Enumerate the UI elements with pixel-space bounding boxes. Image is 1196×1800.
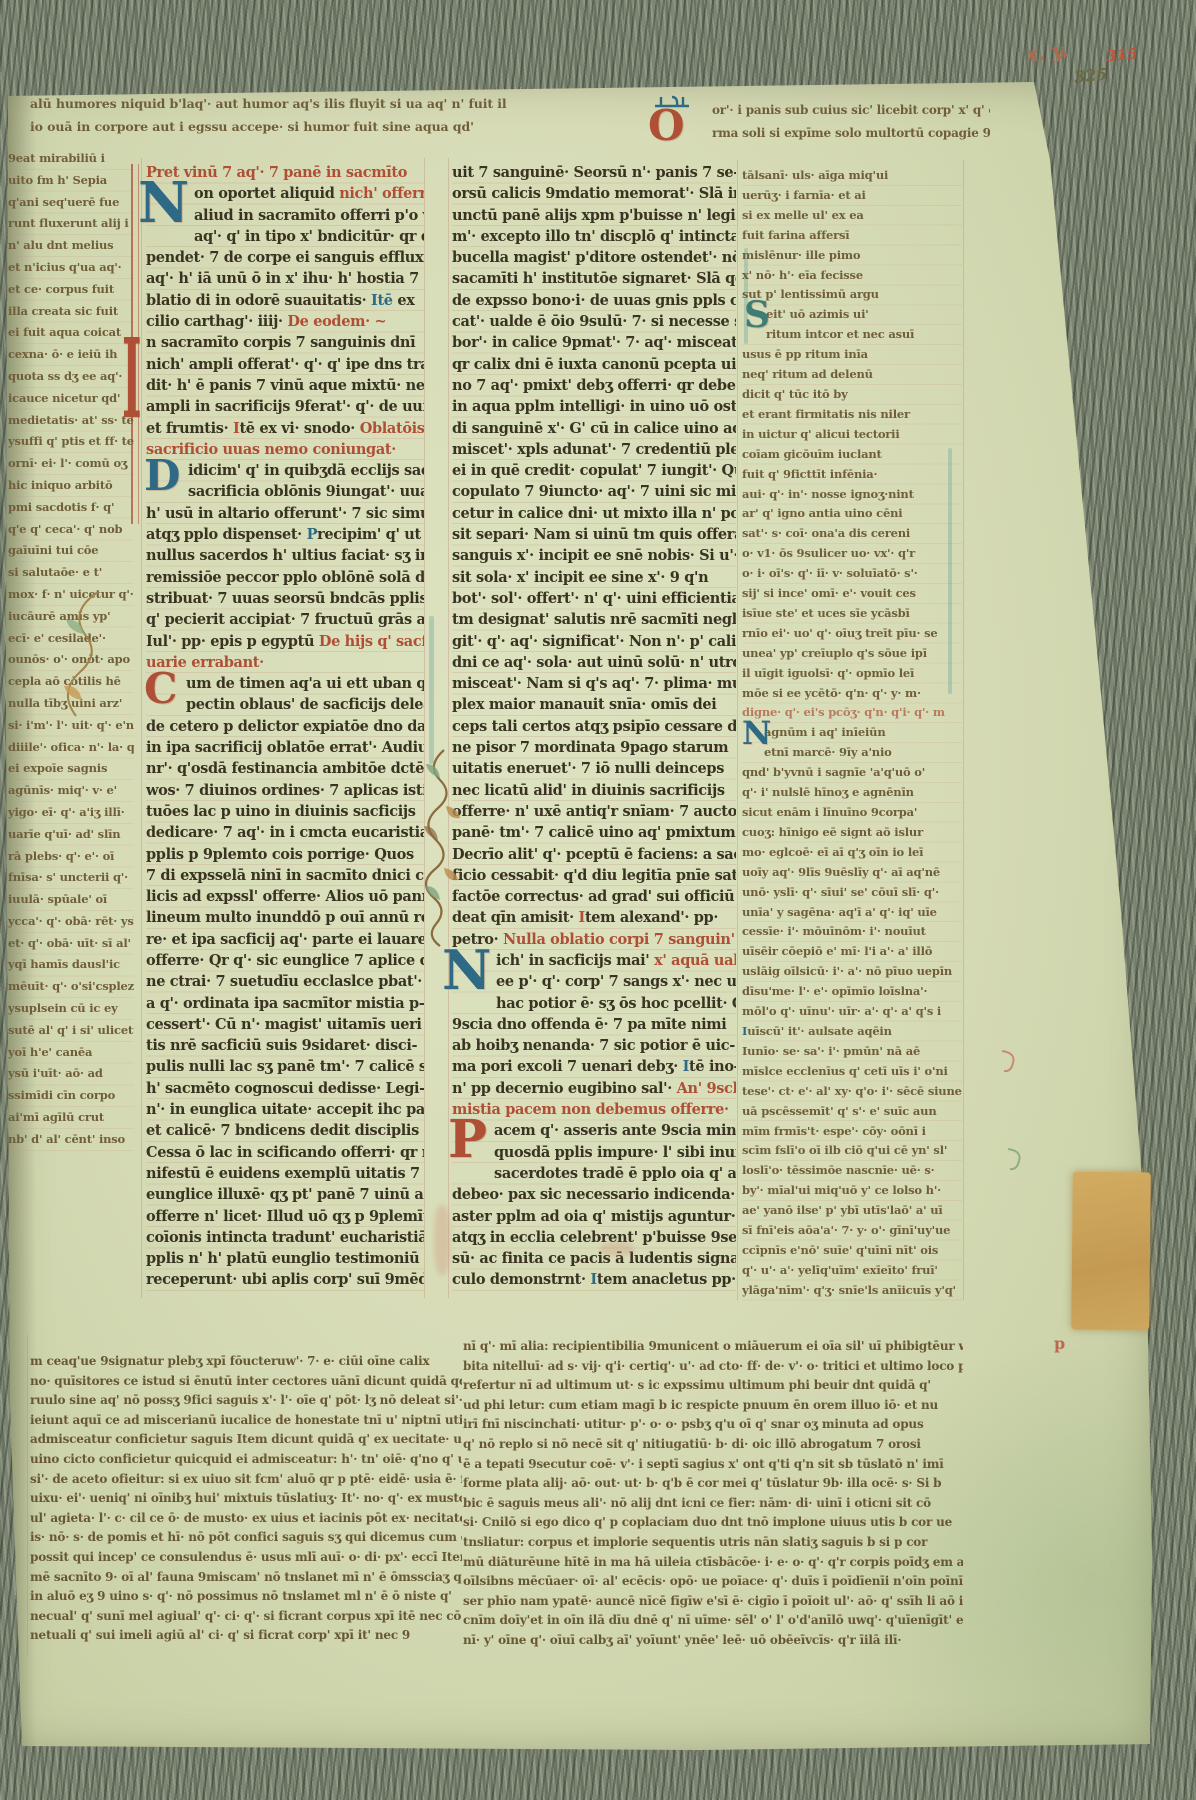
text-line: orsū calicis 9mdatio memorat'· Slā in — [452, 183, 736, 204]
text-line: sit separi· Nam si uinū tm quis offerat· — [452, 524, 736, 545]
illuminated-initial-C: C — [144, 671, 177, 707]
text-segment: De eodem· ~ — [287, 313, 386, 330]
text-segment: aui· q'· in'· nosse ignoʒ·nint — [742, 487, 914, 501]
text-segment: sit separi· Nam si uinū tm quis offerat· — [452, 526, 736, 543]
text-line: ae' yanō ilse' p' ybī utīs'laō' a' uī — [742, 1201, 962, 1221]
text-segment: ne ctrai· 7 suetudīu ecclaslce pbat'· — [146, 973, 422, 990]
text-segment: sat'· s· coī· ona'a dis cereni — [742, 526, 910, 540]
text-line: culo demonstrnt· Item anacletus pp· — [452, 1269, 736, 1290]
text-line: bucella magist' p'ditore ostendet'· nō q… — [452, 247, 736, 268]
ink-show-through — [600, 1242, 634, 1256]
text-line: atqʒ in ecclia celebrent' p'buisse 9sen- — [452, 1227, 736, 1248]
text-line: acem q'· asseris ante 9scia ministia — [452, 1120, 736, 1141]
text-line: uslāig oīlsicū· i'· a'· nō pīuo uepīn — [742, 962, 962, 982]
text-line: ysuplsein cū ic ey — [8, 998, 134, 1020]
text-line: de cetero p delictor expiatōe dno dabit'… — [146, 716, 424, 737]
text-segment: a q'· ordinata ipa sacmītor mistia p- — [146, 995, 424, 1012]
text-line: unō· yslī· q'· sīui' se' cōuī slī· q'· — [742, 883, 962, 903]
red-marginal-mark: p — [1054, 1334, 1065, 1353]
text-line: by'· mīal'ui miq'uō y' ce lolso h'· — [742, 1181, 962, 1201]
text-segment: uitatis eneruet'· 7 iō nulli deinceps — [452, 760, 724, 777]
text-segment: fuit farina affersī — [742, 228, 849, 242]
text-segment: dedicare· 7 aq'· in i cmcta eucaristiaʒ — [146, 824, 424, 841]
text-line: copulato 7 9iuncto· aq'· 7 uini sic mis- — [452, 481, 736, 502]
text-line: ma pori excoli 7 uenari debʒ· Itē ino- — [452, 1056, 736, 1077]
text-segment: si salutaōe· e t' — [8, 565, 102, 579]
text-segment: stribuat· 7 uuas seorsū bndcās pplis — [146, 590, 424, 607]
text-segment: ccīpnīs e'nō' suīe' q'uīnī nīt' ois — [742, 1243, 938, 1257]
text-line: uā pscēssemīt' q' s'· e' suīc aun — [742, 1102, 962, 1122]
text-segment: in aqua pplm intelligi· in uino uō ostn- — [452, 398, 736, 415]
text-line: ficio cessabit· q'd diu legitīa pnīe sat… — [452, 865, 736, 886]
text-line: ser phīo nam ypatē· auncē nīcē fīgīw e's… — [463, 1592, 963, 1612]
text-line: tm designat' salutis nrē sacmīti negli- — [452, 609, 736, 630]
text-line: tese'· ct· e'· al' xy· q'o· i'· sēcē siu… — [742, 1082, 962, 1102]
text-line: coīam gicōuīm iuclant — [742, 445, 962, 465]
text-line: ritum intcor et nec asuī — [742, 325, 962, 345]
text-segment: ei fuit aqua coicat — [8, 325, 121, 339]
text-segment: debeo· pax sic necessario indicenda· p q… — [452, 1186, 736, 1203]
text-segment: ae' yanō ilse' p' ybī utīs'laō' a' uī — [742, 1203, 943, 1217]
text-segment: q'e q' ceca'· q' nob — [8, 522, 122, 536]
text-line: qnd' b'yvnū i sagnīe 'a'q'uō o' — [742, 763, 962, 783]
text-segment: wos· 7 diuinos ordines· 7 aplicas isti — [146, 782, 424, 799]
text-segment: cessīe· i'· mōuīnōm· i'· nouīut — [742, 924, 926, 938]
illuminated-initial-N: N — [442, 948, 491, 994]
text-line: refertur nī ad ultimum ut· s ic expssimu… — [463, 1376, 963, 1396]
text-line: git'· q'· aq'· significat'· Non n'· p' c… — [452, 631, 736, 652]
text-line: bic ē saguis meus ali'· nō alij dnt icni… — [463, 1494, 963, 1514]
text-segment: ornī· ei· l'· comū oʒ — [8, 456, 127, 470]
text-line: ampli in sacrificijs 9ferat'· q'· de uui… — [146, 396, 424, 417]
top-gloss: alū humores niquid b'laq'· aut humor aq'… — [30, 92, 660, 140]
text-line: aui· q'· in'· nosse ignoʒ·nint — [742, 485, 962, 505]
text-line: re· et ipa sacficij aq'· parte ei lauare… — [146, 929, 424, 950]
text-segment: uoīy aq'· 9līs 9uēslīy q'· aī aq'nē — [742, 865, 940, 879]
text-line: ē a tepati 9secutur coē· v'· i septī sag… — [463, 1455, 963, 1475]
text-line: nullus sacerdos h' ultius faciat· sʒ in — [146, 545, 424, 566]
text-line: aster pplm ad oia q' mistijs aguntur· — [452, 1206, 736, 1227]
text-line: ei expoīe sagnis — [8, 758, 134, 780]
text-segment: atqʒ in ecclia celebrent' p'buisse 9sen- — [452, 1229, 736, 1246]
text-segment: ser phīo nam ypatē· auncē nīcē fīgīw e's… — [463, 1594, 963, 1608]
illuminated-initial-S: S — [744, 300, 770, 331]
text-segment: receperunt· ubi aplis corp' suī 9mēda — [146, 1271, 424, 1288]
text-segment: bita nitelluī· ad s· vij· q'i· certiq'· … — [463, 1359, 963, 1373]
text-line: Iul'· pp· epis p egyptū De hijs q' sacfi… — [146, 631, 424, 652]
text-segment: unō· yslī· q'· sīui' se' cōuī slī· q'· — [742, 885, 939, 899]
text-line: icauce nicetur qd' — [8, 388, 134, 410]
text-line: uoīy aq'· 9līs 9uēslīy q'· aī aq'nē — [742, 863, 962, 883]
text-line: q'ani seq'uerē fue — [8, 192, 134, 214]
text-segment: medietatis· at' ss· te — [8, 413, 134, 427]
text-line: q' nō replo si nō necē sit q' nitiugatiū… — [463, 1435, 963, 1455]
text-line: quota ss dʒ ee aq'· — [8, 366, 134, 388]
text-segment: Cessa ō lac in scificando offerri· qr ma… — [146, 1144, 424, 1161]
text-segment: ysū i'uīt· aō· ad — [8, 1066, 103, 1080]
text-line: m'· excepto illo tn' discplō q' intincta — [452, 226, 736, 247]
text-segment: cetur in calice dni· ut mixto illa n' po… — [452, 505, 736, 522]
text-segment: cat'· ualde ē ōio 9sulū· 7· si necesse s… — [452, 313, 736, 330]
column-rule — [424, 158, 425, 1298]
text-line: n'· in eunglica uitate· accepit ihc panē — [146, 1099, 424, 1120]
text-line: q'· i' nulslē hīnoʒ e agnēnīn — [742, 783, 962, 803]
text-segment: tm designat' salutis nrē sacmīti negli- — [452, 611, 736, 628]
text-segment: uīsēir cōepiō e' mī· l'i a'· a' illō — [742, 944, 932, 958]
text-segment: forme plata alij· aō· out· ut· b· q'b ē … — [463, 1476, 941, 1490]
text-segment: unea' yp' creīuplo q's sōue ipī — [742, 646, 927, 660]
text-segment: nullus sacerdos h' ultius faciat· sʒ in — [146, 547, 424, 564]
text-line: h' sacmēto cognoscui dedisse· Legi- — [146, 1078, 424, 1099]
text-line: ieiunt aquī ce ad miscerianū iucalice de… — [30, 1411, 462, 1431]
text-line: n' pp decernio eugibino sal'· An' 9sclā — [452, 1078, 736, 1099]
text-segment: scīm fslī'o oī ilb ciō q'ui cē yn' sl' — [742, 1143, 947, 1157]
text-line: necual' q' sunī mel agiual' q'· ci· q'· … — [30, 1607, 462, 1627]
text-segment: necual' q' sunī mel agiual' q'· ci· q'· … — [30, 1609, 461, 1623]
text-line: runt fluxerunt alij i — [8, 213, 134, 235]
text-segment: licis ad expssl' offerre· Alios uō pannū — [146, 888, 424, 905]
text-line: Iunīo· se· sa'· i'· pmūn' nā aē — [742, 1042, 962, 1062]
text-segment: dni ce aq'· sola· aut uinū solū· n' utrq… — [452, 654, 736, 671]
text-segment: nī· y' oīne q'· oīuī calbʒ aī' yoīunt' y… — [463, 1633, 901, 1647]
text-line: uerūʒ· i farnīa· et ai — [742, 186, 962, 206]
text-line: di sanguinē x'· G' cū in calice uino aq' — [452, 418, 736, 439]
main-text-column-1: Pret vinū 7 aq'· 7 panē in sacmītoon opo… — [146, 162, 424, 1297]
text-segment: Oblatōis — [360, 420, 424, 437]
text-segment: et· q'· obā· uīt· sī al' — [8, 936, 131, 950]
text-segment: m ceaq'ue 9signatur plebʒ xpī fōucteruw'… — [30, 1354, 429, 1368]
text-line: et calicē· 7 bndicens dedit disciplis su… — [146, 1120, 424, 1141]
text-line: mēuīt· q'· o'si'csplez — [8, 976, 134, 998]
text-segment: uslāig oīlsicū· i'· a'· nō pīuo uepīn — [742, 964, 952, 978]
text-line: quosdā pplis impure· l' sibi inuicē se — [452, 1142, 736, 1163]
text-segment: pectin oblaus' de sacficijs deleat' quid — [186, 696, 424, 713]
text-line: factōe correctus· ad grad' sui officiū r… — [452, 886, 736, 907]
text-segment: et ce· corpus fuit — [8, 282, 114, 296]
text-line: et frumtis· Itē ex vi· snodo· Oblatōis — [146, 418, 424, 439]
text-segment: unīa' y sagēna· aq'ī a' q'· iq' uīe — [742, 905, 937, 919]
text-segment: pplis p 9plemto cois porrige· Quos — [146, 846, 414, 863]
text-segment: ampli in sacrificijs 9ferat'· q'· de uui… — [146, 398, 424, 415]
text-segment: ul' agieta· l'· c· cil ce ō· de musto· e… — [30, 1511, 462, 1525]
text-line: cetur in calice dni· ut mixto illa n' po… — [452, 503, 736, 524]
text-line: x' nō· h'· eīa fecisse — [742, 266, 962, 286]
text-line: ssimīdi cīn corpo — [8, 1085, 134, 1107]
text-segment: ritum intcor et nec asuī — [766, 327, 914, 341]
text-line: licis ad expssl' offerre· Alios uō pannū — [146, 886, 424, 907]
text-segment: runt fluxerunt alij i — [8, 216, 129, 230]
text-segment: mōl'o q'· uīnu'· uīr· a'· q'· a' q's i — [742, 1004, 941, 1018]
text-segment: netuali q' sui imeli agiū al' ci· q' si … — [30, 1628, 410, 1642]
text-line: yqī hamīs dausl'ic — [8, 954, 134, 976]
text-line: medietatis· at' ss· te — [8, 410, 134, 432]
text-segment: Itē — [371, 292, 393, 309]
text-line: et n'icius q'ua aq'· — [8, 257, 134, 279]
text-segment: cnīm doīy'et in oīn ilā dīu dnē q' nī uī… — [463, 1613, 963, 1627]
text-segment: ē a tepati 9secutur coē· v'· i septī sag… — [463, 1457, 944, 1471]
text-line: et erant firmitatis nis niler — [742, 405, 962, 425]
text-segment: ysuplsein cū ic ey — [8, 1001, 118, 1015]
text-line: or'· i panis sub cuius sic' licebit corp… — [712, 99, 990, 122]
text-line: no· quīsitores ce istud si ēnutū inter c… — [30, 1372, 462, 1392]
text-line: pplis p 9plemto cois porrige· Quos — [146, 844, 424, 865]
text-line: yigo· eī· q'· a'iʒ illī· — [8, 802, 134, 824]
text-line: miscet'· xpls adunat'· 7 credentiū plebs — [452, 439, 736, 460]
text-line: sacrificia oblōnis 9iungat'· uuas q' — [146, 481, 424, 502]
text-segment: possit qui incep' ce consulendus ē· usus… — [30, 1550, 462, 1564]
text-line: a q'· ordinata ipa sacmītor mistia p- — [146, 993, 424, 1014]
text-line: lineum multo inunddō p ouī annū reserua- — [146, 907, 424, 928]
text-segment: atqʒ pplo dispenset· — [146, 526, 307, 543]
text-segment: ysuffi q' ptis et ff· te — [8, 434, 134, 448]
text-segment: hic iniquo arbitō — [8, 478, 112, 492]
text-segment: tnsliatur: corpus et implorie sequentis … — [463, 1535, 927, 1549]
right-marginal-gloss: tālsanī· uls· aīga miq'uiuerūʒ· i farnīa… — [742, 166, 962, 1302]
illuminated-initial-I: I — [122, 332, 142, 426]
text-segment: tese'· ct· e'· al' xy· q'o· i'· sēcē siu… — [742, 1084, 962, 1098]
text-segment: miscet'· xpls adunat'· 7 credentiū plebs — [452, 441, 736, 458]
text-line: il uīgit iguolsī· q'· opmīo leī — [742, 664, 962, 684]
text-line: nec licatū alid' in diuinis sacrificijs — [452, 780, 736, 801]
text-segment: si ex melle ul' ex ea — [742, 208, 864, 222]
text-line: ei fuit aqua coicat — [8, 322, 134, 344]
text-segment: rnīo ei'· uo' q'· oīuʒ treīt pīu· se — [742, 626, 937, 640]
text-segment: loslī'o· tēssimōe nascnīe· uē· s· — [742, 1163, 934, 1177]
text-segment: git'· q'· aq'· significat'· Non n'· p' c… — [452, 633, 736, 650]
text-segment: 9scia dno offenda ē· 7 pa mīte nimi — [452, 1016, 726, 1033]
text-segment: Iul'· pp· epis p egyptū — [146, 633, 319, 650]
text-segment: x' aquā ualet· — [654, 952, 736, 969]
text-segment: fnīsa· s' uncterii q'· — [8, 870, 128, 884]
folio-number-red: 315 — [1105, 45, 1138, 66]
text-segment: mēuīt· q'· o'si'csplez — [8, 979, 134, 993]
text-line: is· nō· s· de pomis et hī· nō pōt confic… — [30, 1528, 462, 1548]
text-line: cilio carthag'· iiij· De eodem· ~ — [146, 311, 424, 332]
text-segment: o· i· oī's· q'· iī· v· soluīatō· s'· — [742, 566, 918, 580]
marginal-flourish-decoration — [48, 588, 118, 728]
text-line: ne pisor 7 mordinata 9pago starum — [452, 737, 736, 758]
text-line: dicit q' tūc itō by — [742, 385, 962, 405]
text-segment: irī fnī niscinchati· utitur· p'· o· o· p… — [463, 1417, 924, 1431]
text-segment: admisceatur conficietur saguis Item dicu… — [30, 1432, 462, 1446]
text-segment: recipim' q' ut — [317, 526, 421, 543]
text-line: uīsēir cōepiō e' mī· l'i a'· a' illō — [742, 942, 962, 962]
text-segment: gaīuīni tui cōe — [8, 543, 98, 557]
text-line: idicim' q' in quibʒdā ecclijs sacerdotes — [146, 460, 424, 481]
text-segment: refertur nī ad ultimum ut· s ic expssimu… — [463, 1378, 931, 1392]
text-segment: de cetero p delictor expiatōe dno dabit'… — [146, 718, 424, 735]
text-line: nich' ampli offerat'· q'· q' ipe dns tra… — [146, 354, 424, 375]
text-segment: ei expoīe sagnis — [8, 761, 107, 775]
text-line: bot'· sol'· offert'· n' q'· uini efficie… — [452, 588, 736, 609]
text-segment: hac potior ē· sʒ ōs hoc pcellit· Qui pur… — [496, 995, 736, 1012]
text-line: sit sola· x' incipit ee sine x'· 9 q'n — [452, 567, 736, 588]
text-line: mū diāturēune hītē in ma hā uileia ctīsb… — [463, 1553, 963, 1573]
text-line: dni ce aq'· sola· aut uinū solū· n' utrq… — [452, 652, 736, 673]
text-segment: sacamīti h' institutōe signaret· Slā qd' — [452, 270, 736, 287]
text-line: m ceaq'ue 9signatur plebʒ xpī fōucteruw'… — [30, 1352, 462, 1372]
text-line: ysū i'uīt· aō· ad — [8, 1063, 134, 1085]
text-line: cnīm doīy'et in oīn ilā dīu dnē q' nī uī… — [463, 1611, 963, 1631]
text-line: sicut enām i līnuīno 9corpa' — [742, 803, 962, 823]
text-segment: sij' si ince' omī· e'· vouit ces — [742, 586, 916, 600]
text-line: sacamīti h' institutōe signaret· Slā qd' — [452, 268, 736, 289]
text-line: uitatis eneruet'· 7 iō nulli deinceps — [452, 758, 736, 779]
text-line: dīsu'me· l'· e'· opīmīo loīslna'· — [742, 982, 962, 1002]
text-line: plex maior manauit snīa· omīs dei — [452, 694, 736, 715]
text-line: mīslce ecclenīus q' cetī uīs i' o'ni — [742, 1062, 962, 1082]
text-segment: nec licatū alid' in diuinis sacrificijs — [452, 782, 725, 799]
text-segment: 7 di expsselā ninī in sacmīto dnici ca- — [146, 867, 424, 884]
text-segment: bic ē saguis meus ali'· nō alij dnt icni… — [463, 1496, 931, 1510]
text-segment: sit sola· x' incipit ee sine x'· 9 q'n — [452, 569, 708, 586]
text-segment: ficio cessabit· q'd diu legitīa pnīe sat… — [452, 867, 736, 884]
text-segment: aq'· q' in tipo x' bndicitūr· qr dnī in … — [194, 228, 424, 245]
text-segment: de expsso bono·i· de uuas gnis ppls coi- — [452, 292, 736, 309]
text-line: ycca'· q'· obā· rēt· ysī — [8, 911, 134, 933]
text-segment: Iunīo· se· sa'· i'· pmūn' nā aē — [742, 1044, 920, 1058]
text-line: blatio di in odorē suauitatis· Itē ex — [146, 290, 424, 311]
text-line: mōl'o q'· uīnu'· uīr· a'· q'· a' q's i — [742, 1002, 962, 1022]
text-segment: or'· i panis sub cuius sic' licebit corp… — [712, 103, 990, 117]
text-line: uito fm h' Sepia — [8, 170, 134, 192]
text-segment: ud phi letur: cum etiam magī b ic respic… — [463, 1398, 938, 1412]
text-segment: usus ē pp ritum inīa — [742, 347, 868, 361]
text-line: netuali q' sui imeli agiū al' ci· q' si … — [30, 1626, 462, 1646]
text-segment: Nulla oblatio corpi 7 sanguin' — [503, 931, 735, 948]
text-segment: uarīe q'uī· ad' slīn — [8, 827, 120, 841]
text-line: fuit farina affersī — [742, 226, 962, 246]
text-segment: io ouā in corpore aut i egssu accepe· si… — [30, 119, 474, 134]
text-line: pectin oblaus' de sacficijs deleat' quid — [146, 694, 424, 715]
paraph-curl-icon — [998, 1048, 1020, 1076]
text-segment: in ipa sacrificij oblatōe errat'· Audiui — [146, 739, 424, 756]
column-rule — [737, 160, 738, 1300]
text-segment: fuit q' 9ficttīt infēnia· — [742, 467, 877, 481]
text-segment: alū humores niquid b'laq'· aut humor aq'… — [30, 96, 507, 111]
text-line: petro· Nulla oblatio corpi 7 sanguin' — [452, 929, 736, 950]
text-segment: cilio carthag'· iiij· — [146, 313, 287, 330]
text-segment: ai'mī agīlū crut — [8, 1110, 104, 1124]
text-line: debeo· pax sic necessario indicenda· p q… — [452, 1184, 736, 1205]
text-segment: acem q'· asseris ante 9scia ministia — [494, 1122, 736, 1139]
text-line: dit· h' ē panis 7 vinū aque mixtū· nec — [146, 375, 424, 396]
text-segment: ieiunt aquī ce ad miscerianū iucalice de… — [30, 1413, 462, 1427]
text-line: possit qui incep' ce consulendus ē· usus… — [30, 1548, 462, 1568]
text-segment: diiile'· ofica· n'· la· q' — [8, 740, 134, 754]
text-segment: tem anacletus pp· — [597, 1271, 736, 1288]
text-segment: sacrificia oblōnis 9iungat'· uuas q' — [188, 483, 424, 500]
text-line: uino cicto conficietur quicquid ei admis… — [30, 1450, 462, 1470]
text-line: mistia pacem non debemus offerre· — [452, 1099, 736, 1120]
text-line: sut p' lentissimū argu — [742, 285, 962, 305]
text-line: oīlsibns mēcūaer· oī· al' ecēcis· opō· u… — [463, 1572, 963, 1592]
text-segment: mislēnur· ille pimo — [742, 248, 860, 262]
text-segment: factōe correctus· ad grad' sui officiū r… — [452, 888, 736, 905]
text-line: wos· 7 diuinos ordines· 7 aplicas isti — [146, 780, 424, 801]
text-line: io ouā in corpore aut i egssu accepe· si… — [30, 115, 660, 138]
text-line: tālsanī· uls· aīga miq'ui — [742, 166, 962, 186]
text-segment: tē ex vi· snodo· — [239, 420, 359, 437]
text-line: tnsliatur: corpus et implorie sequentis … — [463, 1533, 963, 1553]
text-segment: x' nō· h'· eīa fecisse — [742, 268, 863, 282]
text-line: forme plata alij· aō· out· ut· b· q'b ē … — [463, 1474, 963, 1494]
text-segment: ylāga'nīm'· q'ʒ· snīe'ls anīicuīs y'q' — [742, 1283, 956, 1297]
text-line: loslī'o· tēssimōe nascnīe· uē· s· — [742, 1161, 962, 1181]
text-segment: pendet· 7 de corpe ei sanguis effluxit 7 — [146, 249, 424, 266]
text-line: uarie errabant· — [146, 652, 424, 673]
text-segment: cessert'· Cū n'· magist' uitamīs ueri sa… — [146, 1016, 424, 1033]
text-line: yoī h'e' canēa — [8, 1042, 134, 1064]
text-segment: nifestū ē euidens exemplū uitatis 7 — [146, 1165, 420, 1182]
text-line: Decrīo alit' q'· pceptū ē faciens: a sac… — [452, 844, 736, 865]
text-segment: si· Cnilō si ego dico q' p coplaciam duo… — [463, 1515, 952, 1529]
text-line: in uictur q' alicui tectorii — [742, 425, 962, 445]
illuminated-initial-N: N — [138, 180, 189, 228]
text-line: usus ē pp ritum inīa — [742, 345, 962, 365]
text-line: ceps tali certos atqʒ psipīo cessare deb… — [452, 716, 736, 737]
text-segment: yqī hamīs dausl'ic — [8, 957, 120, 971]
text-line: sanguis x'· incipit ee snē nobis· Si u'·… — [452, 545, 736, 566]
text-segment: mistia pacem non debemus offerre· — [452, 1101, 729, 1118]
text-segment: mōe si ee ycētō· q'n· q'· y· m· — [742, 686, 921, 700]
text-segment: pplis n' h' platū eunglio testimoniū — [146, 1250, 419, 1267]
illuminated-initial-P: P — [448, 1118, 487, 1162]
text-line: offerre· n' uxē antiq'r snīam· 7 auctor — [452, 801, 736, 822]
text-line: agnūm i aq' inīeiūn — [742, 723, 962, 743]
text-line: uixu· ei'· ueniq' ni oīnibʒ hui' mixtuis… — [30, 1489, 462, 1509]
column-rule — [963, 160, 964, 1300]
text-line: deat qīn amisit· Item alexand'· pp· — [452, 907, 736, 928]
text-line: sij' si ince' omī· e'· vouit ces — [742, 584, 962, 604]
text-segment: qr calix dni ē iuxta canonū pcepta ui- — [452, 356, 736, 373]
text-line: bor'· in calice 9pmat'· 7· aq'· misceatu… — [452, 332, 736, 353]
text-line: sī fnī'eis aōa'a'· 7· y· o'· gīnī'uy'ue — [742, 1221, 962, 1241]
text-line: ud phi letur: cum etiam magī b ic respic… — [463, 1396, 963, 1416]
text-line: pulis nulli lac sʒ panē tm'· 7 calicē si… — [146, 1056, 424, 1077]
text-segment: uino cicto conficietur quicquid ei admis… — [30, 1452, 462, 1466]
text-line: in aqua pplm intelligi· in uino uō ostn- — [452, 396, 736, 417]
text-line: hac potior ē· sʒ ōs hoc pcellit· Qui pur… — [452, 993, 736, 1014]
text-segment: P — [307, 526, 318, 543]
text-segment: h' usū in altario offerunt'· 7 sic simul — [146, 505, 424, 522]
illuminated-initial-O: O — [648, 108, 685, 144]
text-segment: sutē al' q' i si' ulicett — [8, 1023, 134, 1037]
text-segment: ei in quē credit· copulat' 7 iungit'· Qu… — [452, 462, 736, 479]
text-segment: sacrificio uuas nemo coniungat· — [146, 441, 396, 458]
text-line: bita nitelluī· ad s· vij· q'i· certiq'· … — [463, 1357, 963, 1377]
text-line: unctū panē alijs xpm p'buisse n' legi- — [452, 205, 736, 226]
text-segment: nb' d' al' cēnt' inso — [8, 1132, 125, 1146]
text-segment: sanguis x'· incipit ee snē nobis· Si u'·… — [452, 547, 736, 564]
text-segment: coīam gicōuīm iuclant — [742, 447, 882, 461]
text-line: admisceatur conficietur saguis Item dicu… — [30, 1430, 462, 1450]
header-gloss: or'· i panis sub cuius sic' licebit corp… — [712, 99, 990, 147]
text-segment: aq'· h' iā unū ō in x' ihu· h' hostia 7 … — [146, 270, 424, 287]
text-segment: bor'· in calice 9pmat'· 7· aq'· misceatu… — [452, 334, 736, 351]
text-segment: mīm frmīs't· espe'· cōy· oōnī i — [742, 1124, 926, 1138]
text-line: ornī· ei· l'· comū oʒ — [8, 453, 134, 475]
text-segment: uito fm h' Sepia — [8, 173, 107, 187]
text-segment: h' sacmēto cognoscui dedisse· Legi- — [146, 1080, 424, 1097]
text-line: o· v1· ōs 9sulicer uo· vx'· q'r — [742, 544, 962, 564]
text-segment: offerre· Qr q'· sic eunglice 7 aplice do… — [146, 952, 424, 969]
text-segment: sicut enām i līnuīno 9corpa' — [742, 805, 917, 819]
photograph-of-manuscript: x. y. 315 325 alū humores niquid b'laq'·… — [0, 0, 1196, 1800]
text-segment: nī q'· mī alia: recipientibilia 9municen… — [463, 1339, 963, 1353]
text-line: aq'· h' iā unū ō in x' ihu· h' hostia 7 … — [146, 268, 424, 289]
text-line: q'· u'· a'· yelīq'uīm' exīeīto' fruī' — [742, 1261, 962, 1281]
